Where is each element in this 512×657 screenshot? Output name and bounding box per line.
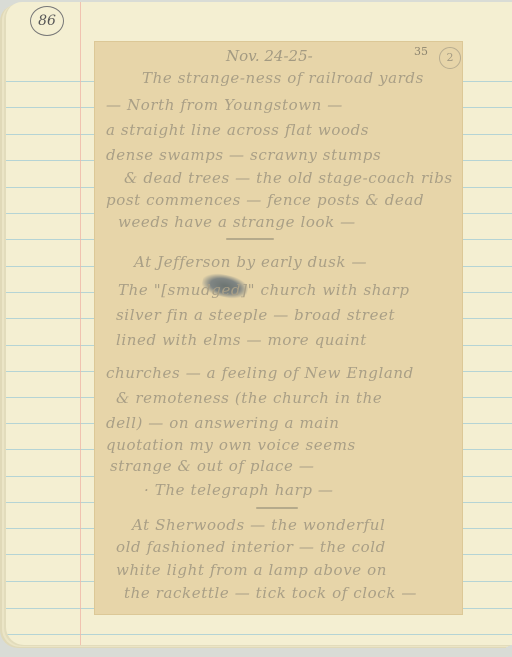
text-line: At Jefferson by early dusk — (134, 253, 479, 271)
circled-number: 2 (439, 47, 461, 69)
text-line: the rackettle — tick tock of clock — (124, 584, 469, 602)
section-divider (256, 507, 298, 509)
text-line: strange & out of place — (110, 457, 455, 475)
text-line: weeds have a strange look — (118, 213, 463, 231)
text-line: & dead trees — the old stage-coach ribs (124, 169, 469, 187)
text-line: — North from Youngstown — (106, 96, 451, 114)
text-line: silver fin a steeple — broad street (116, 306, 461, 324)
text-line: post commences — fence posts & dead (106, 191, 451, 209)
text-line: quotation my own voice seems (106, 436, 451, 454)
text-line: old fashioned interior — the cold (116, 538, 461, 556)
section-divider (226, 238, 274, 240)
card-header: Nov. 24-25- 35 2 (94, 43, 463, 69)
text-line: white light from a lamp above on (116, 561, 461, 579)
text-line: dense swamps — scrawny stumps (106, 146, 451, 164)
ruled-line (6, 634, 512, 635)
text-line: & remoteness (the church in the (116, 389, 461, 407)
pasted-note-card: Nov. 24-25- 35 2 The strange-ness of rai… (94, 41, 463, 615)
text-line: · The telegraph harp — (144, 481, 489, 499)
text-line: The "[smudged]" church with sharp (118, 281, 463, 299)
text-line: a straight line across flat woods (106, 121, 451, 139)
text-line: At Sherwoods — the wonderful (132, 516, 477, 534)
text-line: lined with elms — more quaint (116, 331, 461, 349)
margin-line (80, 2, 81, 645)
folio-number: 35 (414, 45, 428, 58)
text-line: The strange-ness of railroad yards (142, 69, 487, 87)
page-number: 86 (30, 6, 64, 36)
notebook-page: 86 Nov. 24-25- 35 2 The strange-ness of … (6, 2, 512, 645)
entry-date: Nov. 24-25- (226, 47, 313, 65)
text-line: churches — a feeling of New England (106, 364, 451, 382)
text-line: dell) — on answering a main (106, 414, 451, 432)
